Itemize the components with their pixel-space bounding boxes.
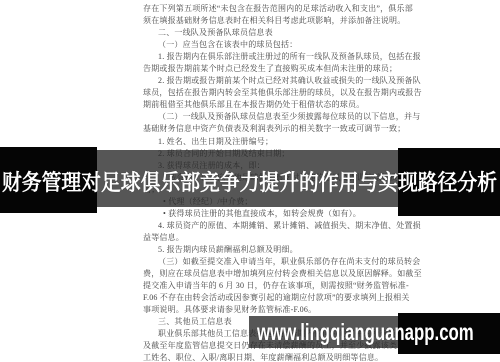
watermark-url: www.lingqianguanapp.com xyxy=(257,319,474,345)
document-line: 4. 球员资产的原值、本期摊销、累计摊销、减值损失、期末净值、处置损 xyxy=(143,220,433,232)
document-line: 期前租借至其他俱乐部且在本报告期仍处于租借状态的球员。 xyxy=(143,99,433,111)
document-line: 提交准入申请当年的 6 月 30 日，仍存在该事项，则需按照“财务监管标准- xyxy=(143,280,433,292)
document-line: 费，则应在球员信息表中增加填列应付转会费相关信息以及原因解释。如截至 xyxy=(143,268,433,280)
document-line: 事项说明。具体要求请参见财务监管标准-F.06。 xyxy=(143,304,433,316)
document-line: F.06 不存在由转会活动或因参赛引起的逾期应付款项”的要求填列上报相关 xyxy=(143,292,433,304)
document-line: 2. 报告期或报告期前某个时点已经对其确认收益或损失的一线队及预备队 xyxy=(143,75,433,87)
document-line: 告期或报告期前某个时点已经发生了直接购买成本但尚未注册的球员； xyxy=(143,63,433,75)
document-line: 基础财务信息中资产负债表及利润表列示的相关数字一致或可调节一致； xyxy=(143,123,433,135)
document-line: 存在下列第五项所述“未包含在报告范围内的足球活动收入和支出”，俱乐部 xyxy=(143,3,433,15)
document-line: 球员，包括在报告期内转会至其他俱乐部注册的球员，以及在报告期内或报告 xyxy=(143,87,433,99)
document-line: （一）应当包含在该表中的球员包括： xyxy=(143,39,433,51)
document-line: 1. 姓名、出生日期及注册编号； xyxy=(143,136,433,148)
headline-title: 财务管理对足球俱乐部竞争力提升的作用与实现路径分析 xyxy=(2,171,497,194)
document-line: 1. 报告期内在俱乐部注册或注册过的所有一线队及预备队球员，包括在报 xyxy=(143,51,433,63)
page: 存在下列第五项所述“未包含在报告范围内的足球活动收入和支出”，俱乐部须在填报基础… xyxy=(0,0,500,362)
document-line: • 获得球员注册的其他直接成本，如转会规费（如有）。 xyxy=(143,208,433,220)
document-line: 须在填报基础财务信息表时在相关科目考虑此项影响，并添加备注说明。 xyxy=(143,15,433,27)
document-line: （三）如截至提交准入申请当年，职业俱乐部仍存在尚未支付的球员转会 xyxy=(143,256,433,268)
document-line: （二）一线队及预备队球员信息表至少须披露每位球员的以下信息，并与 xyxy=(143,111,433,123)
document-line: 工姓名、职位、入职/离职日期、年度薪酬福利总额及明细等信息。 xyxy=(143,352,433,362)
document-line: 5. 报告期内球员薪酬福利总额及明细。 xyxy=(143,244,433,256)
document-line: 益等信息。 xyxy=(143,232,433,244)
document-line: 二、一线队及预备队球员信息表 xyxy=(143,27,433,39)
